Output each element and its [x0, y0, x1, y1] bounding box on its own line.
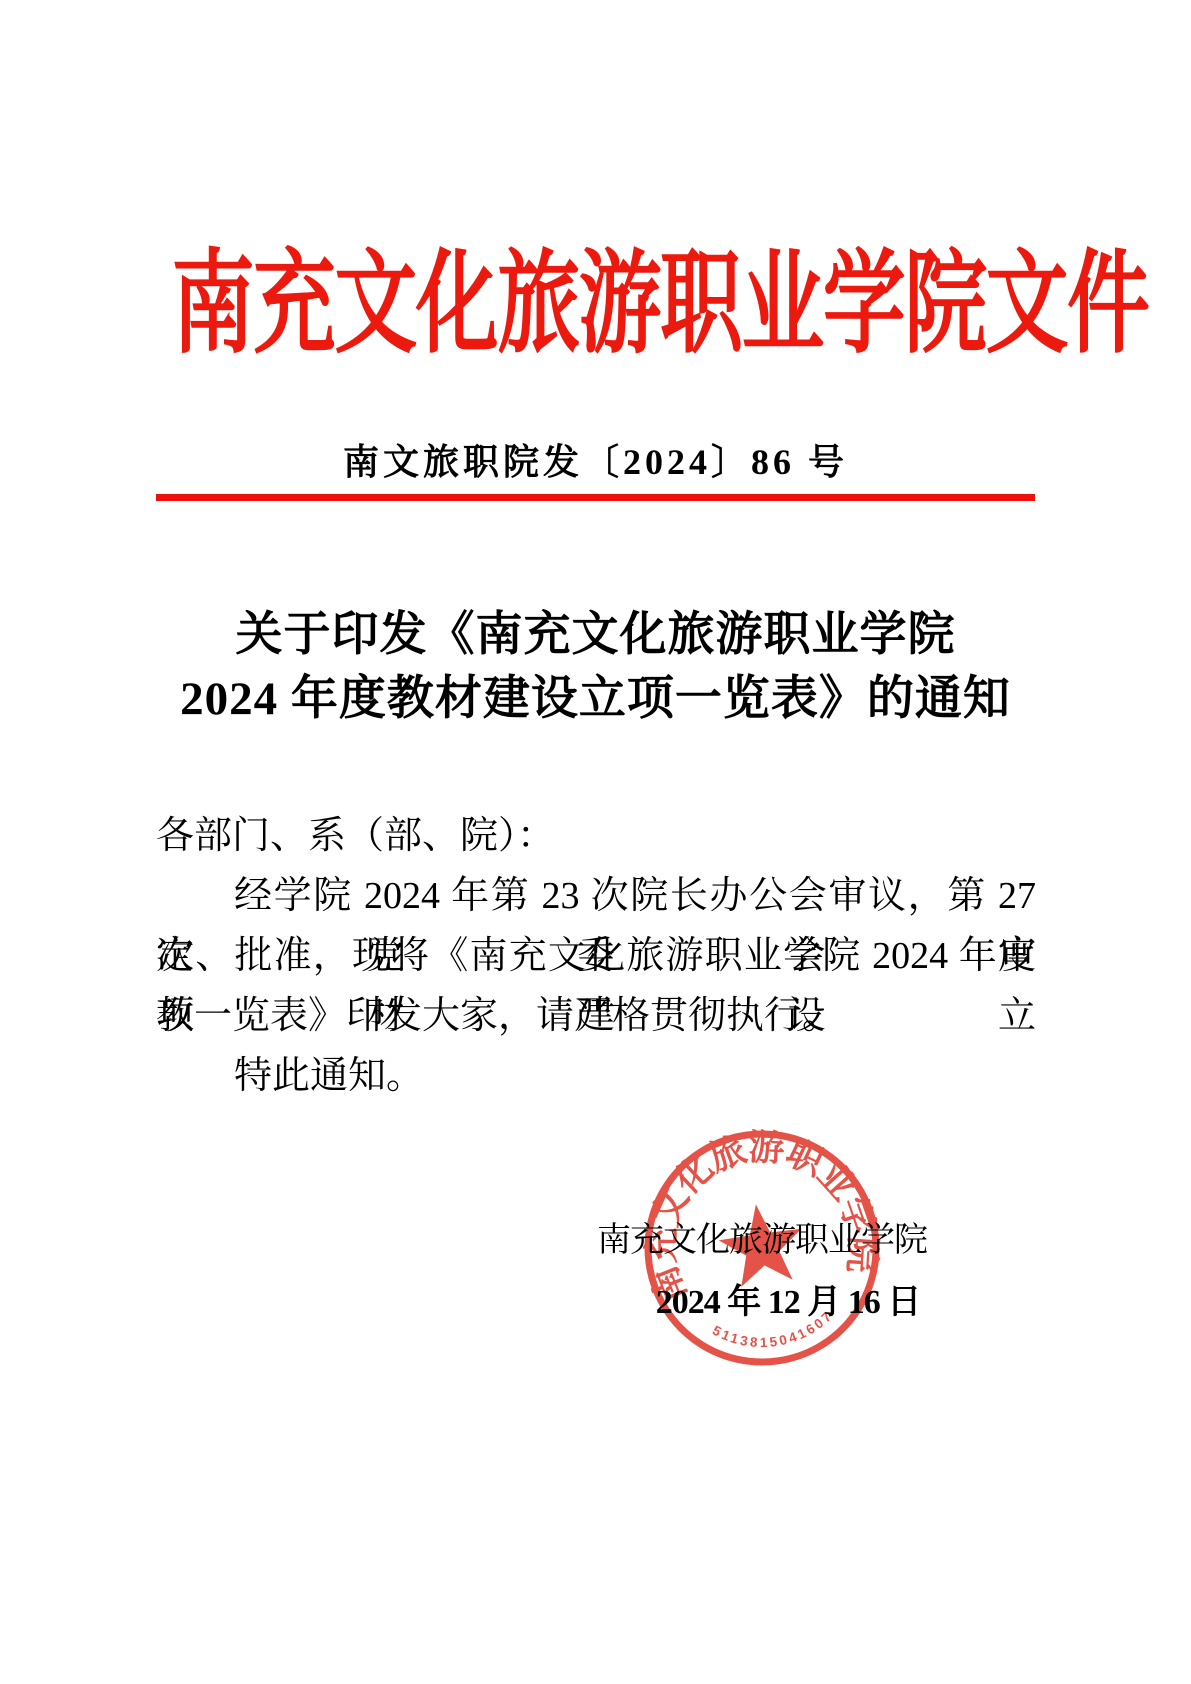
masthead-text: 南充文化旅游职业学院文件 [172, 248, 1149, 362]
document-page: 南充文化旅游职业学院文件 南文旅职院发〔2024〕86 号 关于印发《南充文化旅… [0, 0, 1191, 1684]
notice-title-line2: 2024 年度教材建设立项一览表》的通知 [0, 667, 1191, 731]
red-masthead: 南充文化旅游职业学院文件 [0, 248, 1191, 362]
body-line: 经学院 2024 年第 23 次院长办公会审议，第 27 次党委会审 [156, 866, 1036, 926]
body-line: 定、批准，现将《南充文化旅游职业学院 2024 年度教材建设立 [156, 926, 1036, 986]
closing-line: 特此通知。 [156, 1046, 1036, 1106]
notice-title: 关于印发《南充文化旅游职业学院 2024 年度教材建设立项一览表》的通知 [0, 603, 1191, 731]
notice-body: 各部门、系（部、院）： 经学院 2024 年第 23 次院长办公会审议，第 27… [156, 806, 1036, 1106]
signature-org-name: 南充文化旅游职业学院 [560, 1212, 964, 1261]
red-separator-line [156, 494, 1035, 501]
document-number: 南文旅职院发〔2024〕86 号 [0, 434, 1191, 485]
salutation: 各部门、系（部、院）： [156, 806, 1036, 866]
signature-date: 2024 年 12 月 16 日 [586, 1274, 990, 1323]
notice-title-line1: 关于印发《南充文化旅游职业学院 [0, 603, 1191, 667]
